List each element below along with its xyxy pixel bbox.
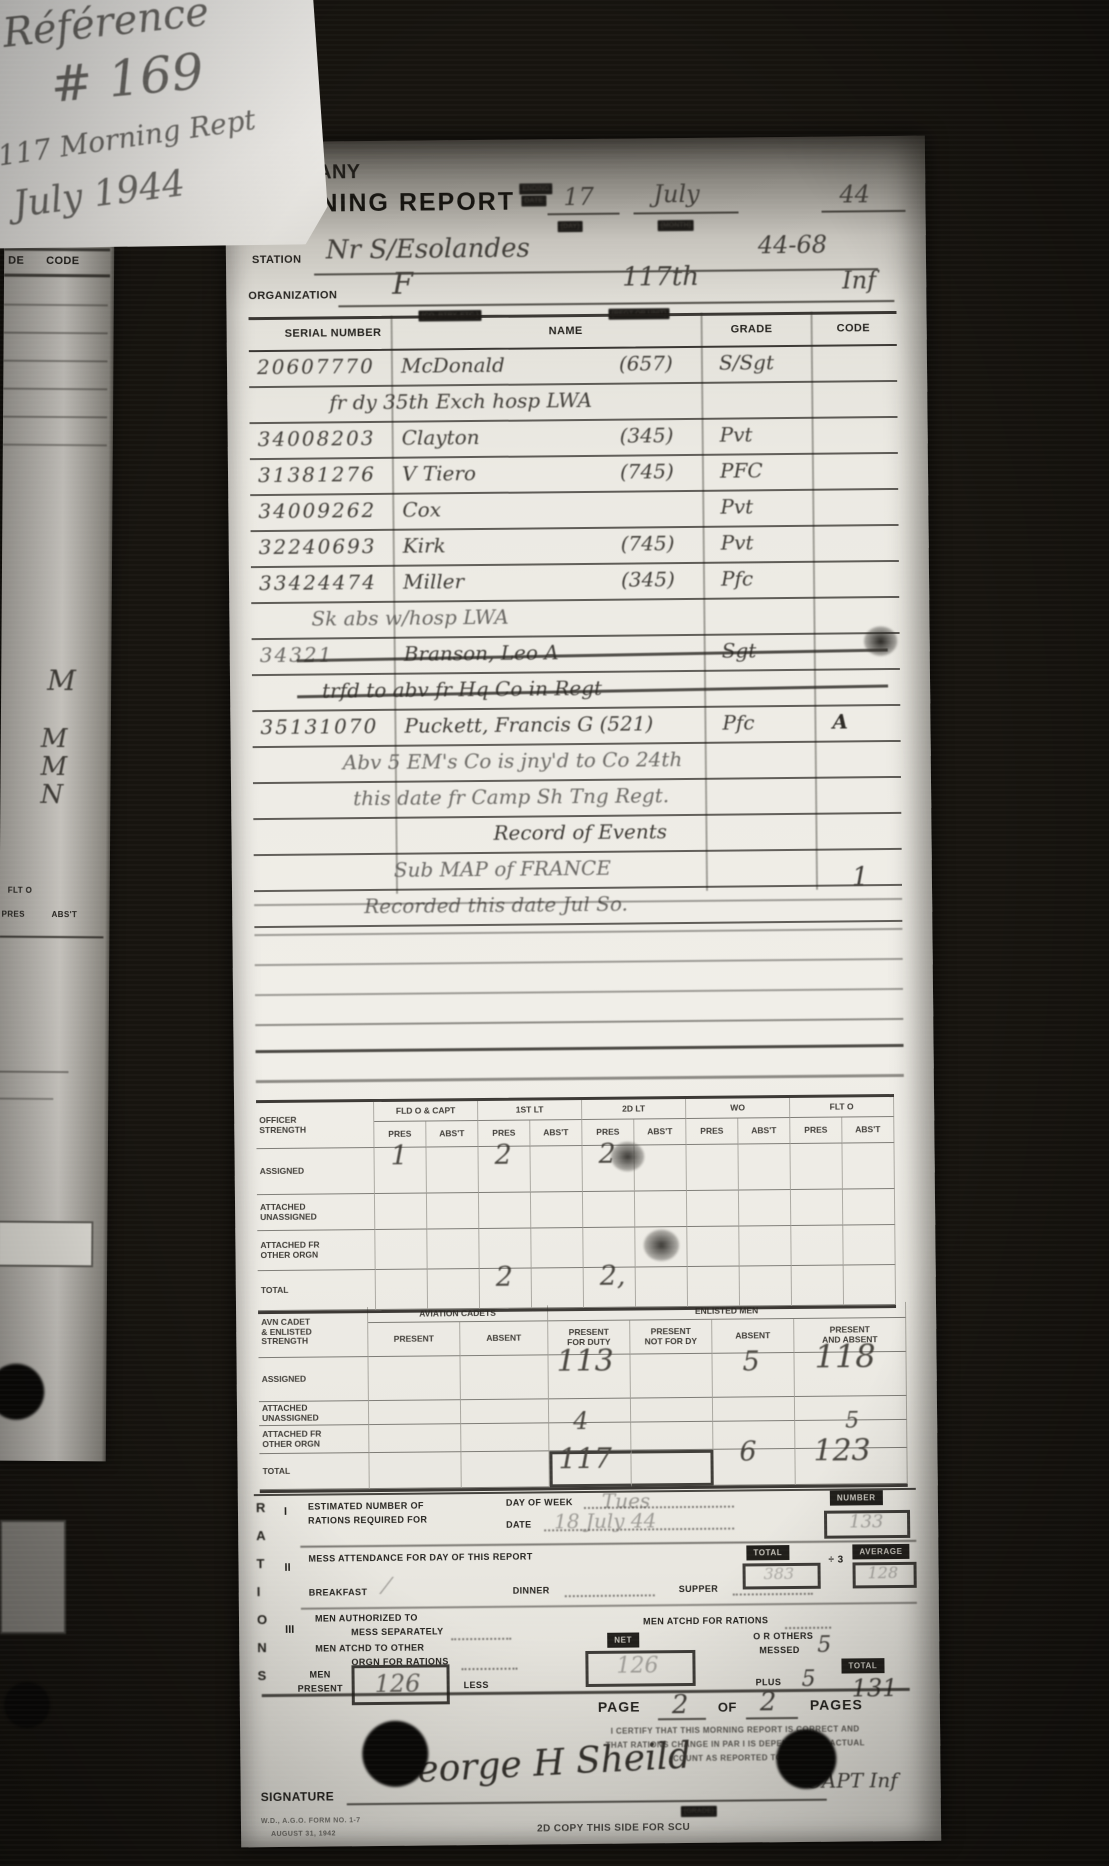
- rations-rail-letter: N: [257, 1640, 267, 1655]
- row-assigned: ASSIGNED: [256, 1148, 374, 1195]
- roster-row: Record of Events: [253, 814, 901, 856]
- mess-attendance-label: MESS ATTENDANCE FOR DAY OF THIS REPORT: [308, 1552, 532, 1564]
- grid-cell: [461, 1451, 549, 1488]
- cell-total-pfd: 117: [549, 1451, 631, 1488]
- rule: [255, 988, 903, 996]
- code-value: A: [832, 709, 848, 733]
- cell-assigned-absent: 5: [712, 1353, 794, 1398]
- station-label: STATION: [252, 254, 302, 266]
- handwritten-mark: N: [40, 780, 63, 810]
- serial-value: 34009262: [258, 498, 376, 523]
- cell-assigned-fldo-pres: 1: [374, 1148, 426, 1194]
- grade-value: Pvt: [720, 494, 753, 518]
- row-attached-unassigned: ATTACHEDUNASSIGNED: [259, 1401, 369, 1426]
- grid-cell: [792, 1266, 844, 1306]
- morning-report-page: ANY NING REPORT ENDING DATE 17 (DAY) Jul…: [225, 136, 941, 1848]
- grid-cell: [635, 1191, 687, 1227]
- grid-cell: [583, 1192, 635, 1228]
- mos-value: (745): [621, 531, 675, 556]
- page-label: PAGE: [598, 1698, 641, 1714]
- name-value: Clayton: [402, 425, 480, 450]
- roster-row: Abv 5 EM's Co is jny'd to Co 24th: [253, 742, 901, 784]
- rule: [3, 444, 107, 447]
- row-attached-unassigned: ATTACHEDUNASSIGNED: [257, 1194, 375, 1231]
- grade-value: Pfc: [722, 710, 754, 734]
- punch-hole: [4, 1682, 50, 1728]
- month-stamp: (MONTH): [658, 220, 694, 231]
- men-authorized-label: MEN AUTHORIZED TO: [315, 1613, 418, 1624]
- grid-cell: [791, 1226, 843, 1266]
- reference-note: Référence # 169 117 Morning Rept July 19…: [0, 0, 329, 256]
- form-title: NING REPORT: [319, 188, 515, 219]
- serial-value: 34008203: [258, 426, 376, 451]
- plus-label: PLUS: [756, 1677, 782, 1687]
- col-abst: ABS'T: [738, 1118, 790, 1144]
- rule: [0, 936, 103, 939]
- grade-value: Pvt: [720, 422, 753, 446]
- name-value: Kirk: [403, 533, 446, 557]
- rule: [821, 188, 905, 213]
- rations-rail-letter: A: [256, 1528, 266, 1543]
- col-abst: ABS'T: [842, 1117, 894, 1143]
- rule: [565, 1584, 655, 1597]
- rule: [338, 278, 894, 307]
- left-page-fragment: ABS'T: [52, 910, 78, 919]
- serial-number-header: SERIAL NUMBER: [285, 327, 382, 340]
- roster-row: Sk abs w/hosp LWA: [251, 598, 899, 640]
- breakfast-value: ⁄: [385, 1575, 389, 1600]
- rule: [256, 1074, 904, 1083]
- scanned-morning-report: DE CODE M M M N FLT O PRES ABS'T ANY NIN…: [0, 0, 1109, 1866]
- rule: [255, 1018, 903, 1026]
- grid-cell: [842, 1143, 894, 1189]
- rule: [547, 191, 619, 216]
- number-box: 133: [824, 1510, 910, 1539]
- others-messed-value: 5: [817, 1633, 831, 1658]
- mos-value: (657): [619, 351, 673, 376]
- grid-cell: [549, 1399, 631, 1424]
- dinner-label: DINNER: [513, 1585, 550, 1595]
- rule: [733, 1583, 813, 1596]
- grid-cell: [369, 1424, 461, 1453]
- col-group-fldo-capt: FLD O & CAPT: [374, 1101, 478, 1122]
- col-group-wo: WO: [686, 1098, 790, 1119]
- officer-strength-table: OFFICERSTRENGTH FLD O & CAPT 1ST LT 2D L…: [256, 1094, 896, 1314]
- grid-cell: [791, 1190, 843, 1226]
- grade-stamp: (GRADE): [681, 1806, 717, 1817]
- rule: [3, 416, 107, 419]
- average-label: AVERAGE: [852, 1544, 909, 1560]
- cell-assigned-1lt-pres: 2: [478, 1147, 530, 1193]
- rule: [4, 332, 108, 335]
- col-abst: ABS'T: [530, 1120, 582, 1146]
- left-page-fragment: PRES: [2, 910, 25, 919]
- average-value: 128: [868, 1563, 899, 1582]
- enlisted-strength-table: AVN CADET& ENLISTEDSTRENGTH AVIATION CAD…: [258, 1302, 908, 1493]
- ending-date-label: DATE: [521, 195, 546, 206]
- rations-rail-letter: R: [256, 1500, 266, 1515]
- grid-cell: [687, 1227, 739, 1267]
- rule: [584, 1494, 734, 1509]
- roster-table: SERIAL NUMBER NAME GRADE CODE 20607770 M…: [249, 311, 903, 928]
- total-label: TOTAL: [746, 1545, 789, 1560]
- grid-cell: [739, 1190, 791, 1226]
- rations-section: R A T I O N S I II III ESTIMATED NUMBER …: [254, 1488, 918, 1704]
- net-value: 126: [616, 1653, 658, 1678]
- margin-note: 1: [852, 862, 869, 892]
- roster-row: 34009262 Cox Pvt: [250, 490, 898, 532]
- men-label: MEN: [309, 1669, 330, 1679]
- left-page-header-fragment: DE: [8, 255, 24, 267]
- rule: [255, 958, 903, 966]
- punch-hole: [362, 1721, 429, 1788]
- day-of-week-label: DAY OF WEEK: [506, 1497, 573, 1508]
- rule: [4, 304, 108, 307]
- roster-row-struck: 34321 Branson, Leo A Sgt: [252, 634, 900, 676]
- remark-value: Recorded this date Jul So.: [364, 892, 628, 919]
- rule: [256, 1044, 904, 1053]
- grid-cell: [461, 1399, 549, 1424]
- name-value: McDonald: [401, 353, 505, 378]
- row-total-label: TOTAL: [841, 1658, 884, 1673]
- enlisted-strength-label: AVN CADET& ENLISTEDSTRENGTH: [258, 1307, 368, 1358]
- cell-total-2lt-pres: 2,: [584, 1268, 636, 1308]
- cell-assigned-pfd: 113: [548, 1355, 630, 1400]
- men-atchd-for-rations-label: MEN ATCHD FOR RATIONS: [643, 1615, 768, 1626]
- roster-row: 32240693 Kirk (745) Pvt: [251, 526, 899, 568]
- grade-value: S/Sgt: [719, 350, 774, 375]
- grid-cell: [740, 1266, 792, 1306]
- remark-value: Abv 5 EM's Co is jny'd to Co 24th: [343, 747, 683, 774]
- serial-value: 20607770: [257, 354, 375, 379]
- cell-assigned-pa: 118: [794, 1352, 906, 1397]
- name-value: Branson, Leo A: [404, 640, 559, 665]
- grade-value: Pvt: [721, 530, 754, 554]
- net-box: 126: [585, 1650, 695, 1687]
- grid-cell: [790, 1144, 842, 1190]
- or-others-label: O R OTHERS: [753, 1631, 813, 1642]
- row-total: TOTAL: [258, 1270, 376, 1311]
- rations-rail-letter: O: [257, 1612, 267, 1627]
- rule: [0, 1071, 68, 1073]
- section-numeral-i: I: [284, 1506, 287, 1518]
- serial-value: 32240693: [259, 534, 377, 559]
- roster-row: 20607770 McDonald (657) S/Sgt: [249, 346, 897, 388]
- grid-cell: [368, 1356, 460, 1401]
- col-group-2d-lt: 2D LT: [582, 1099, 686, 1120]
- grid-cell: [843, 1225, 895, 1265]
- ink-blob: [864, 626, 898, 656]
- remark-value: trfd to abv fr Hq Co in Regt: [322, 676, 602, 703]
- grid-cell: [427, 1193, 479, 1229]
- punch-hole: [776, 1729, 837, 1790]
- net-label: NET: [607, 1632, 639, 1647]
- name-value: Cox: [402, 497, 441, 521]
- col-present-not-for-duty: PRESENTNOT FOR DY: [630, 1320, 712, 1355]
- rule: [658, 1698, 706, 1720]
- grid-cell: [631, 1422, 713, 1451]
- note-line-number: # 169: [48, 42, 206, 114]
- roster-row: 35131070 Puckett, Francis G (521) Pfc A: [252, 706, 900, 748]
- grid-cell: [843, 1189, 895, 1225]
- grid-cell: [531, 1228, 583, 1268]
- divide-by-three-label: ÷ 3: [828, 1555, 843, 1566]
- remark-value: Sk abs w/hosp LWA: [311, 605, 509, 631]
- rule: [785, 1619, 831, 1629]
- punch-hole: [0, 1364, 44, 1420]
- grade-value: Pfc: [721, 566, 753, 590]
- rule: [461, 1660, 517, 1671]
- serial-value: 35131070: [260, 714, 378, 739]
- number-value: 133: [849, 1511, 884, 1532]
- roster-row: 31381276 V Tiero (745) PFC: [250, 454, 898, 496]
- grid-cell: [630, 1354, 712, 1399]
- grid-cell: [636, 1267, 688, 1307]
- remark-value: Sub MAP of FRANCE: [394, 856, 611, 882]
- grid-cell: [376, 1270, 428, 1310]
- section-numeral-ii: II: [284, 1562, 290, 1574]
- cell-assigned-2lt-pres: 2: [582, 1146, 634, 1192]
- grid-cell: [634, 1145, 686, 1191]
- grid-cell: [369, 1400, 461, 1425]
- col-group-flt-o: FLT O: [790, 1097, 894, 1118]
- pages-label: PAGES: [810, 1696, 863, 1713]
- rations-rail-letter: I: [257, 1584, 261, 1599]
- average-box: 128: [852, 1562, 916, 1589]
- rule: [301, 1602, 917, 1610]
- serial-value: 33424474: [259, 570, 377, 595]
- col-abst: ABS'T: [426, 1121, 478, 1147]
- col-cadets-absent: ABSENT: [460, 1321, 548, 1356]
- organization-label: ORGANIZATION: [248, 289, 337, 302]
- grid-cell: [428, 1269, 480, 1309]
- name-value: V Tiero: [402, 461, 476, 486]
- left-page-box-fragment: [0, 1221, 93, 1268]
- grade-value: Sgt: [722, 638, 757, 662]
- rule: [300, 1540, 916, 1548]
- rule: [633, 189, 738, 214]
- left-page-header-code: CODE: [46, 255, 79, 267]
- rule: [3, 360, 107, 363]
- record-of-events-heading: Record of Events: [493, 819, 667, 845]
- note-line-date: July 1944: [11, 164, 187, 226]
- name-value: Miller: [403, 569, 464, 594]
- rule: [254, 928, 902, 936]
- rule: [544, 1516, 734, 1532]
- cell-total-absent: 6: [713, 1449, 795, 1486]
- grid-cell: [460, 1355, 548, 1400]
- serial-value: 34321: [260, 642, 334, 667]
- roster-row: 33424474 Miller (345) Pfc: [251, 562, 899, 604]
- grid-cell: [531, 1192, 583, 1228]
- grid-cell: [530, 1146, 582, 1192]
- name-value: Puckett, Francis G (521): [404, 711, 653, 737]
- breakfast-label: BREAKFAST: [309, 1587, 368, 1598]
- mos-value: (345): [621, 567, 675, 592]
- col-cadets-present: PRESENT: [368, 1322, 460, 1357]
- col-pres: PRES: [686, 1119, 738, 1145]
- less-label: LESS: [464, 1680, 489, 1690]
- serial-value: 31381276: [258, 462, 376, 487]
- underlying-page: DE CODE M M M N FLT O PRES ABS'T: [0, 246, 114, 1462]
- day-stamp: (DAY): [558, 221, 583, 232]
- messed-label: MESSED: [759, 1645, 800, 1655]
- of-label: OF: [718, 1700, 737, 1715]
- estimated-rations-label-2: RATIONS REQUIRED FOR: [308, 1515, 427, 1526]
- grid-cell: [686, 1145, 738, 1191]
- left-page-fragment: FLT O: [8, 886, 33, 895]
- ink-blob: [643, 1229, 679, 1261]
- grid-cell: [739, 1226, 791, 1266]
- grid-cell: [369, 1452, 461, 1489]
- mess-separately-label: MESS SEPARATELY: [351, 1626, 443, 1637]
- row-attached-fr-other-orgn: ATTACHED FROTHER ORGN: [259, 1425, 369, 1454]
- note-line-title: 117 Morning Rept: [0, 103, 258, 173]
- grid-cell: [688, 1267, 740, 1307]
- rule: [4, 274, 110, 278]
- handwritten-mark: M: [47, 664, 76, 697]
- form-number-print: W.D., A.G.O. FORM NO. 1-7: [261, 1817, 361, 1825]
- rations-rail-letter: S: [257, 1668, 266, 1683]
- men-atchd-to-other-label: MEN ATCHD TO OTHER: [315, 1643, 424, 1654]
- grid-cell: [631, 1450, 713, 1487]
- estimated-rations-label: ESTIMATED NUMBER OF: [308, 1501, 424, 1512]
- grade-value: PFC: [720, 458, 763, 482]
- present-label: PRESENT: [298, 1683, 343, 1693]
- grid-cell: [375, 1194, 427, 1230]
- total-value: 383: [764, 1564, 795, 1583]
- name-header: NAME: [549, 325, 583, 337]
- grid-cell: [635, 1227, 687, 1267]
- col-group-aviation-cadets: AVIATION CADETS: [368, 1305, 548, 1323]
- grid-cell: [844, 1265, 896, 1305]
- roster-row: Recorded this date Jul So.: [254, 886, 902, 928]
- grid-cell: [713, 1397, 795, 1422]
- grid-cell: [738, 1144, 790, 1190]
- grid-cell: [532, 1268, 584, 1308]
- grid-cell: [631, 1398, 713, 1423]
- roster-row: this date fr Camp Sh Tng Regt.: [253, 778, 901, 820]
- roster-row-struck: trfd to abv fr Hq Co in Regt: [252, 670, 900, 712]
- supper-label: SUPPER: [679, 1584, 719, 1594]
- grid-cell: [375, 1230, 427, 1270]
- grid-cell: [687, 1191, 739, 1227]
- handwritten-mark: M: [41, 724, 68, 754]
- mos-value: (345): [620, 423, 674, 448]
- col-pres: PRES: [790, 1118, 842, 1144]
- roster-row: Sub MAP of FRANCE: [254, 850, 902, 892]
- roster-row: 34008203 Clayton (345) Pvt: [250, 418, 898, 460]
- roster-row: fr dy 35th Exch hosp LWA: [249, 382, 897, 424]
- mos-value: (745): [620, 459, 674, 484]
- section-numeral-iii: III: [285, 1624, 294, 1636]
- grid-cell: [427, 1229, 479, 1269]
- rule: [347, 1779, 827, 1806]
- grid-cell: [461, 1423, 549, 1452]
- cell-total-1lt-pres: 2: [480, 1269, 532, 1309]
- row-assigned: ASSIGNED: [259, 1357, 369, 1402]
- cell-total-pa: 123: [795, 1448, 907, 1485]
- row-total: TOTAL: [259, 1453, 369, 1490]
- col-abst: ABS'T: [634, 1119, 686, 1145]
- officer-strength-label: OFFICERSTRENGTH: [256, 1102, 374, 1149]
- rule: [451, 1630, 511, 1641]
- grid-cell: [479, 1193, 531, 1229]
- rations-rail-letter: T: [256, 1556, 264, 1571]
- left-page-lower-fragment: [0, 1520, 66, 1634]
- handwritten-mark: M: [40, 752, 67, 782]
- rule: [4, 248, 110, 252]
- rule: [0, 1098, 53, 1100]
- remark-value: fr dy 35th Exch hosp LWA: [329, 388, 592, 415]
- form-date-print: AUGUST 31, 1942: [271, 1830, 336, 1838]
- signature-label: SIGNATURE: [261, 1789, 335, 1804]
- date-label: DATE: [506, 1520, 532, 1530]
- number-label: NUMBER: [830, 1490, 883, 1506]
- grid-cell: [426, 1147, 478, 1193]
- remark-value: this date fr Camp Sh Tng Regt.: [353, 783, 669, 810]
- col-group-1st-lt: 1ST LT: [478, 1100, 582, 1121]
- code-header: CODE: [837, 322, 871, 334]
- row-attached-fr-other-orgn: ATTACHED FROTHER ORGN: [257, 1230, 375, 1271]
- copy-note-print: 2D COPY THIS SIDE FOR SCU: [537, 1822, 690, 1834]
- rule: [746, 1697, 798, 1719]
- grade-header: GRADE: [731, 323, 773, 335]
- rule: [3, 388, 107, 391]
- men-present-box: 126: [351, 1664, 449, 1705]
